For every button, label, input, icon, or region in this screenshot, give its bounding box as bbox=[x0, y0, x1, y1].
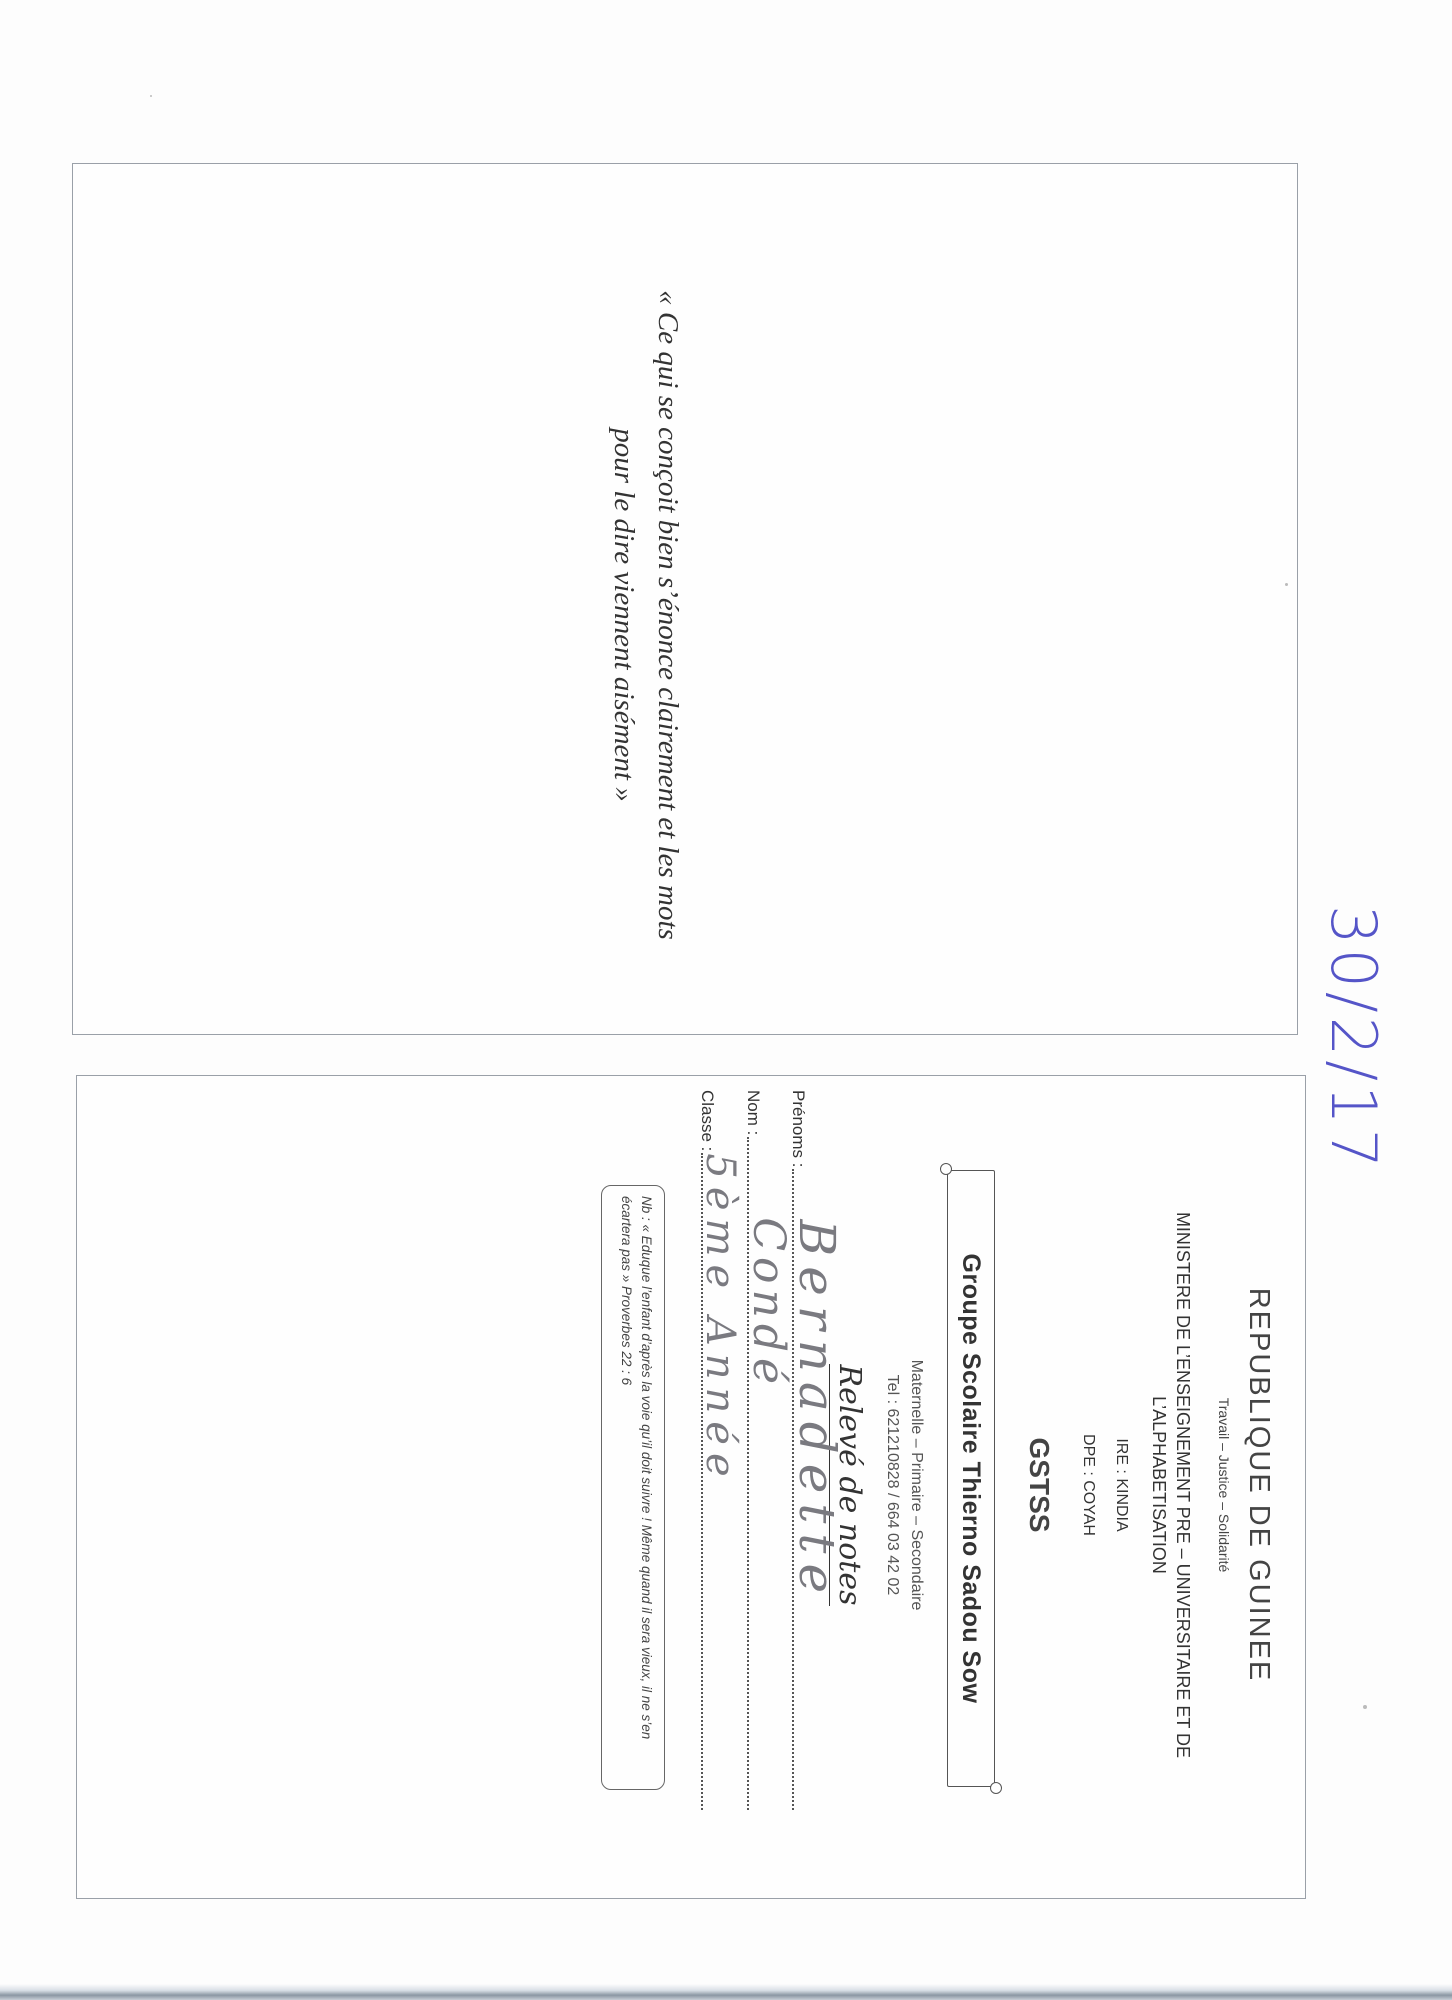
quote-line-2: pour le dire viennent aisément » bbox=[602, 205, 646, 1025]
school-banner-scroll: Groupe Scolaire Thierno Sadou Sow bbox=[947, 1170, 995, 1787]
report-card-cover: REPUBLIQUE DE GUINEE Travail – Justice –… bbox=[165, 1090, 1295, 1880]
scan-speck bbox=[150, 95, 152, 97]
scan-speck bbox=[1363, 1705, 1367, 1709]
school-phone: Tel : 621210828 / 664 03 42 02 bbox=[883, 1090, 901, 1880]
ministry-name: MINISTERE DE L’ENSEIGNEMENT PRE – UNIVER… bbox=[1147, 1130, 1195, 1840]
quote-block: « Ce qui se conçoit bien s’énonce claire… bbox=[602, 205, 690, 1025]
scan-speck bbox=[1285, 583, 1288, 586]
field-classe: Classe : 5ème Année bbox=[693, 1090, 749, 1810]
country-title: REPUBLIQUE DE GUINEE bbox=[1242, 1090, 1275, 1880]
school-name: Groupe Scolaire Thierno Sadou Sow bbox=[957, 1254, 986, 1704]
handwritten-date: 30/2/17 bbox=[1317, 905, 1390, 1205]
school-acronym: GSTSS bbox=[1023, 1090, 1055, 1880]
classe-dotted-line: 5ème Année bbox=[701, 1153, 707, 1810]
dpe-line: DPE : COYAH bbox=[1079, 1090, 1097, 1880]
scanner-edge-shadow bbox=[0, 1984, 1452, 2000]
quote-line-1: « Ce qui se conçoit bien s’énonce claire… bbox=[646, 205, 690, 1025]
prenoms-value: Bernadette bbox=[788, 1219, 846, 1603]
proverb-note-box: Nb : « Eduque l’enfant d’après la voie q… bbox=[601, 1185, 665, 1790]
classe-label: Classe : bbox=[693, 1090, 717, 1151]
school-levels: Maternelle – Primaire – Secondaire bbox=[907, 1090, 925, 1880]
classe-value: 5ème Année bbox=[697, 1153, 743, 1484]
proverb-note: Nb : « Eduque l’enfant d’après la voie q… bbox=[619, 1196, 654, 1739]
nom-value: Condé bbox=[743, 1217, 794, 1390]
national-motto: Travail – Justice – Solidarité bbox=[1216, 1090, 1232, 1880]
ire-line: IRE : KINDIA bbox=[1112, 1090, 1130, 1880]
